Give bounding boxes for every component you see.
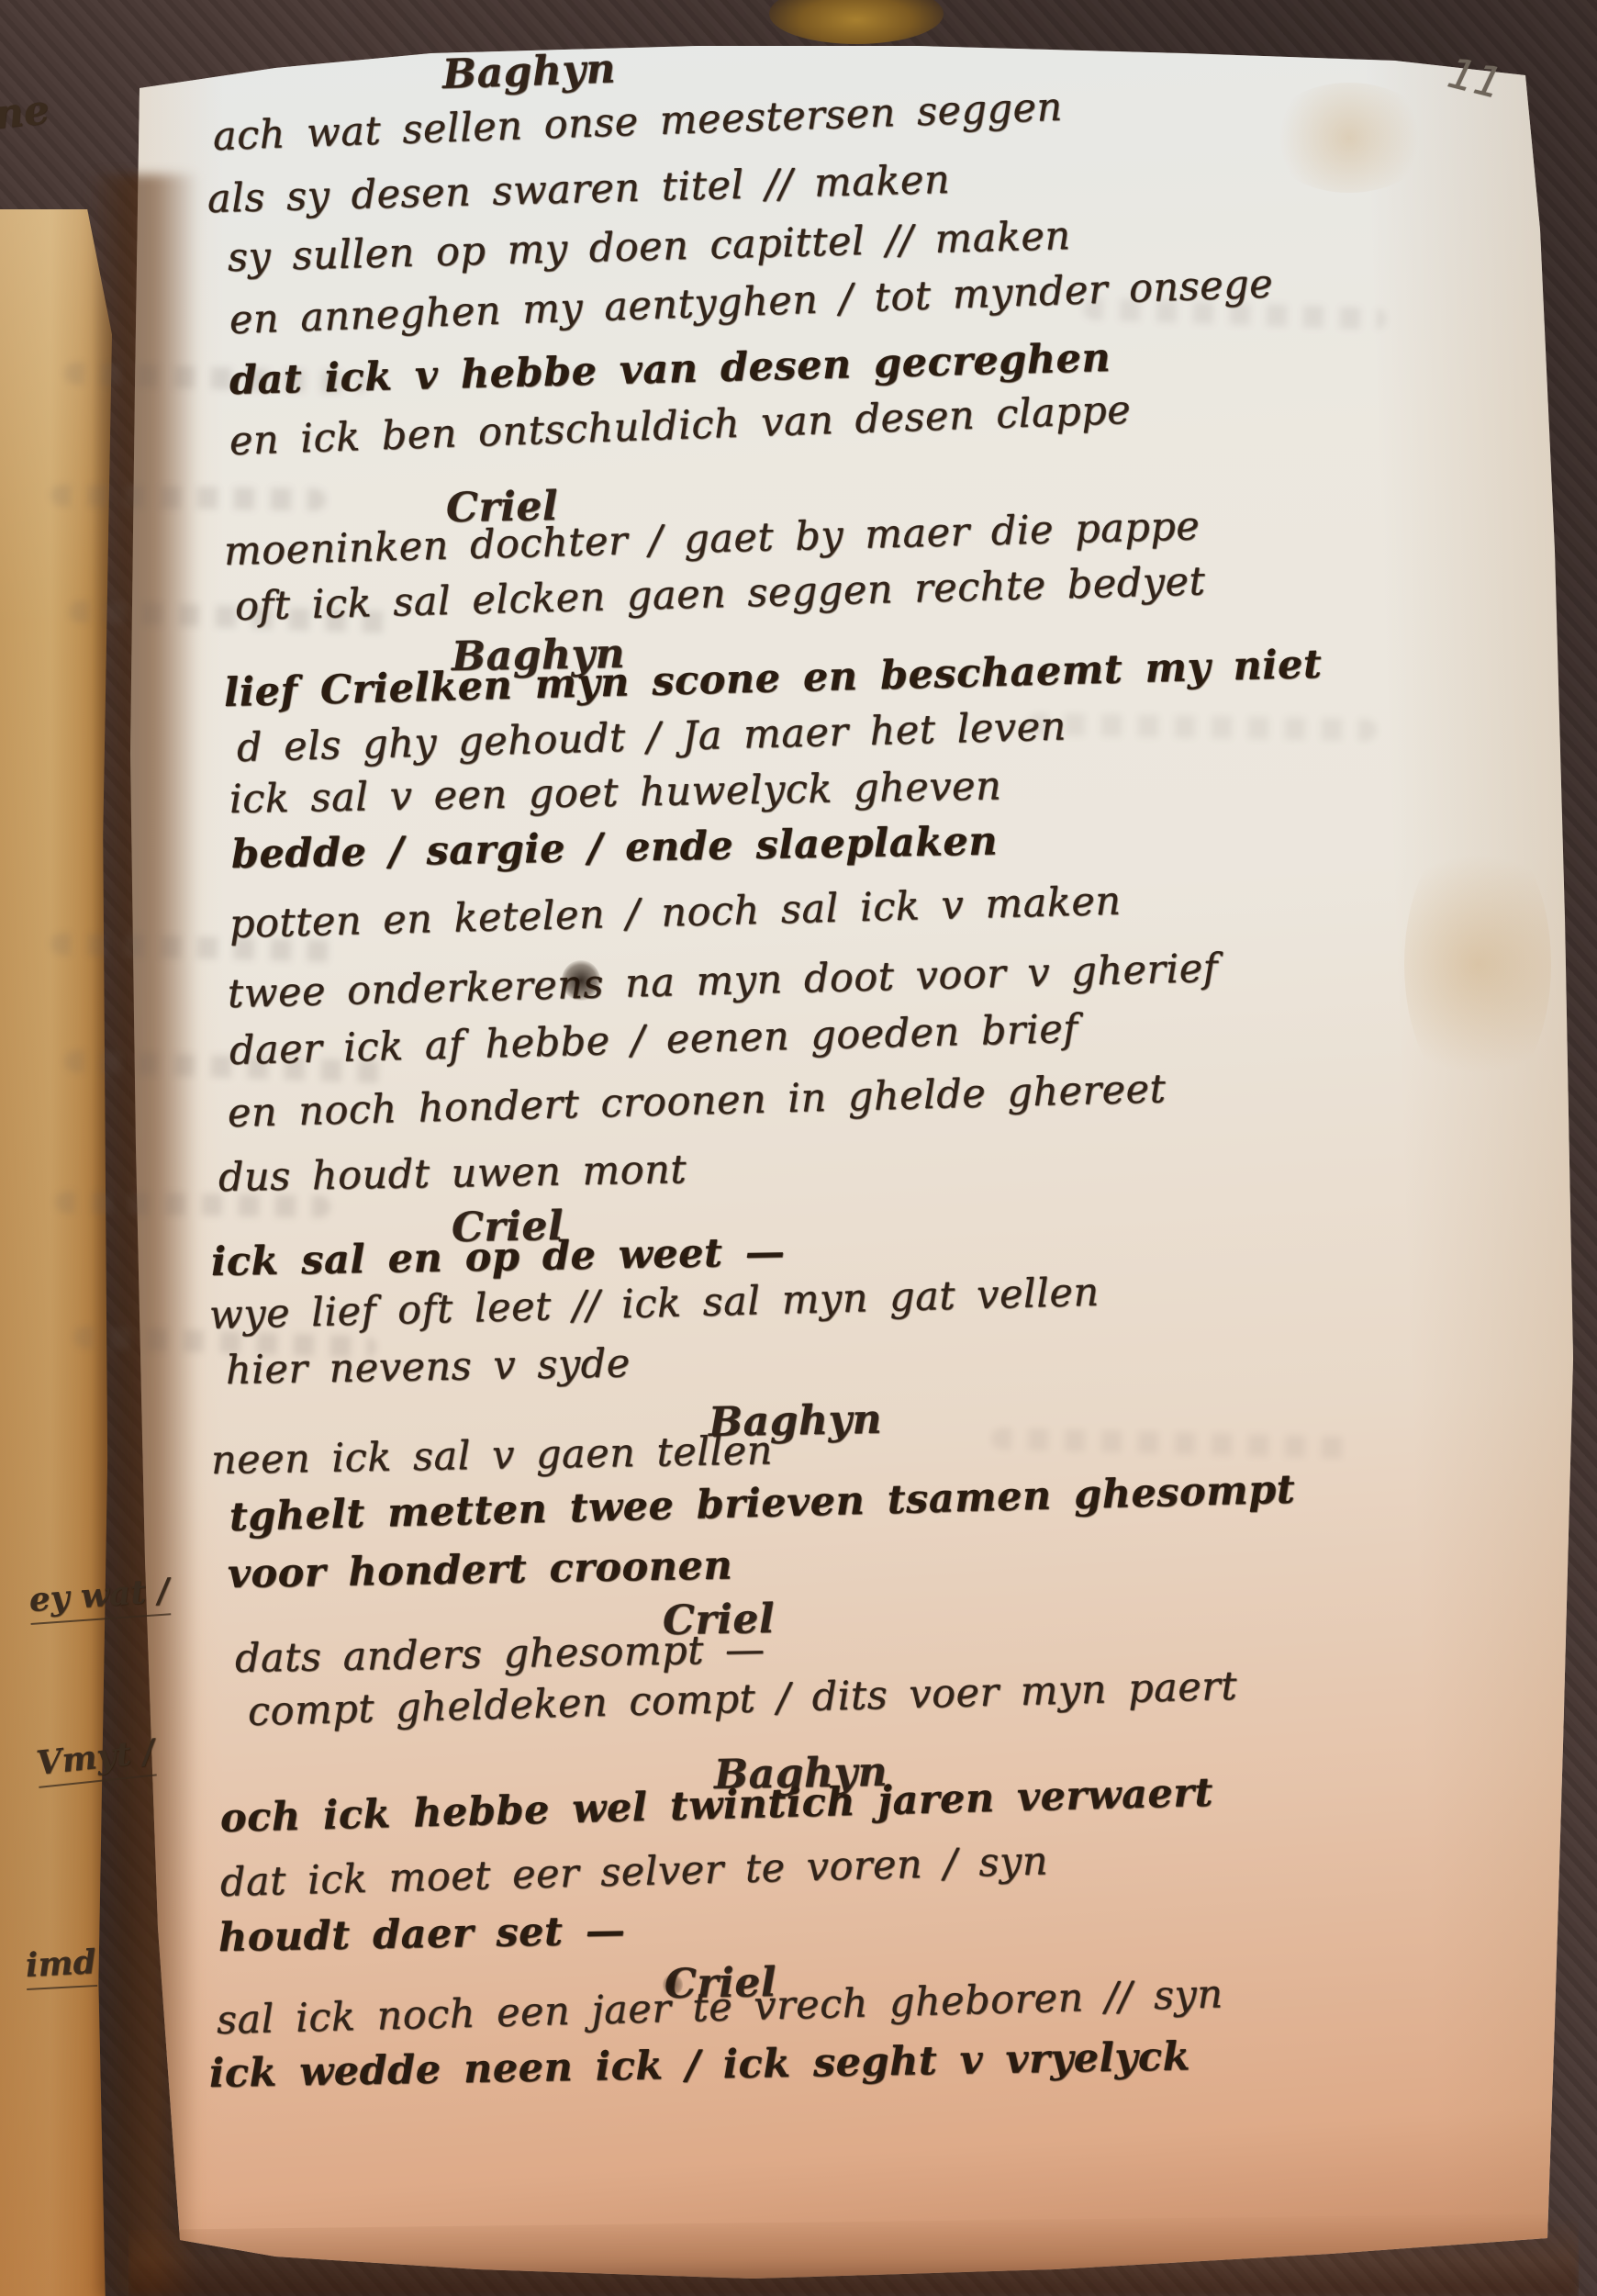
- text-line: dus houdt uwen mont: [218, 1147, 687, 1201]
- ink-blot: [663, 1974, 683, 1996]
- fox-stain: [1267, 83, 1432, 193]
- text-line: voor hondert croonen: [228, 1542, 733, 1597]
- binding-clasp: [769, 0, 944, 44]
- margin-note: ne: [0, 86, 52, 142]
- margin-note: imd: [25, 1943, 97, 1990]
- text-line: dats anders ghesompt —: [235, 1627, 765, 1682]
- speaker-heading: Baghyn: [441, 45, 617, 98]
- manuscript-photo: 11 ne ey wat / Vmyt / imd Baghyn ach wat…: [0, 0, 1597, 2296]
- ink-blot: [562, 960, 600, 1001]
- fox-stain: [1404, 826, 1551, 1102]
- text-line: houdt daer set —: [218, 1908, 626, 1961]
- text-line: hier nevens v syde: [226, 1340, 631, 1394]
- text-line: neen ick sal v gaen tellen: [211, 1428, 774, 1484]
